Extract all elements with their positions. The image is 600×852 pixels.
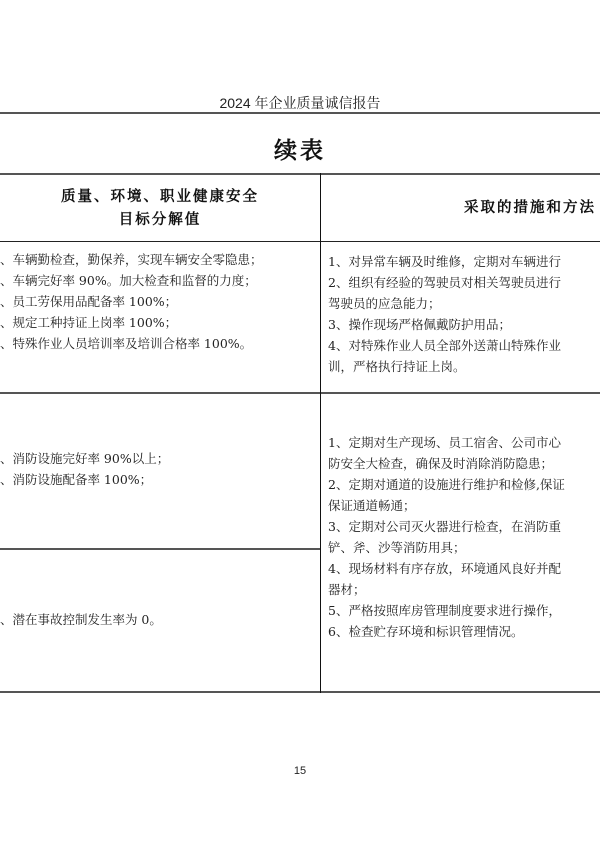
measure-item: 4、现场材料有序存放，环境通风良好并配 (328, 558, 600, 579)
measure-item: 5、严格按照库房管理制度要求进行操作， (328, 600, 600, 621)
measure-item: 2、定期对通道的设施进行维护和检修,保证 (328, 474, 600, 495)
table-top-border (0, 173, 600, 175)
measure-item: 防安全大检查，确保及时消除消防隐患； (328, 453, 600, 474)
header-bottom-border (0, 241, 600, 242)
measure-item: 驾驶员的应急能力； (328, 293, 600, 314)
running-header: 2024 年企业质量诚信报告 (0, 93, 600, 113)
measure-item: 铲、斧、沙等消防用具； (328, 537, 600, 558)
table-title: 续表 (0, 132, 600, 165)
row1-bottom-border (0, 392, 600, 394)
goal-item: 3、员工劳保用品配备率 100%； (0, 291, 318, 312)
goal-item: 2、车辆完好率 90%。加大检查和监督的力度； (0, 270, 318, 291)
goal-item: 3、潜在事故控制发生率为 0。 (0, 609, 318, 630)
left-column-header: 质量、环境、职业健康安全 目标分解值 (0, 185, 320, 231)
measure-item: 器材； (328, 579, 600, 600)
row1-goals-cell: 1、车辆勤检查，勤保养，实现车辆安全零隐患； 2、车辆完好率 90%。加大检查和… (0, 249, 318, 354)
goal-item: 1、消防设施完好率 90%以上； (0, 448, 318, 469)
measure-item: 1、定期对生产现场、员工宿舍、公司市心 (328, 432, 600, 453)
measure-item: 训，严格执行持证上岗。 (328, 356, 600, 377)
goal-item: 2、消防设施配备率 100%； (0, 469, 318, 490)
measure-item: 保证通道畅通； (328, 495, 600, 516)
header-rule (0, 112, 600, 114)
left-subrow-border (0, 548, 320, 550)
measure-item: 2、组织有经验的驾驶员对相关驾驶员进行 (328, 272, 600, 293)
right-header-text: 采取的措施和方法 (330, 196, 600, 219)
left-header-line: 质量、环境、职业健康安全 (0, 185, 320, 208)
measure-item: 3、操作现场严格佩戴防护用品； (328, 314, 600, 335)
row3-goals-cell: 3、潜在事故控制发生率为 0。 (0, 609, 318, 630)
table-bottom-border (0, 691, 600, 693)
left-header-line: 目标分解值 (0, 208, 320, 231)
row2-measures-cell: 1、定期对生产现场、员工宿舍、公司市心 防安全大检查，确保及时消除消防隐患； 2… (328, 432, 600, 642)
measure-item: 4、对特殊作业人员全部外送萧山特殊作业 (328, 335, 600, 356)
goals-measures-table: 质量、环境、职业健康安全 目标分解值 采取的措施和方法 1、车辆勤检查，勤保养，… (0, 173, 600, 693)
right-column-header: 采取的措施和方法 (330, 196, 600, 219)
goal-item: 1、车辆勤检查，勤保养，实现车辆安全零隐患； (0, 249, 318, 270)
row2-goals-cell: 1、消防设施完好率 90%以上； 2、消防设施配备率 100%； (0, 448, 318, 490)
goal-item: 4、规定工种持证上岗率 100%； (0, 312, 318, 333)
goal-item: 5、特殊作业人员培训率及培训合格率 100%。 (0, 333, 318, 354)
measure-item: 1、对异常车辆及时维修，定期对车辆进行 (328, 251, 600, 272)
row1-measures-cell: 1、对异常车辆及时维修，定期对车辆进行 2、组织有经验的驾驶员对相关驾驶员进行 … (328, 251, 600, 377)
page-number: 15 (0, 765, 600, 777)
measure-item: 6、检查贮存环境和标识管理情况。 (328, 621, 600, 642)
measure-item: 3、定期对公司灭火器进行检查，在消防重 (328, 516, 600, 537)
column-divider (320, 173, 321, 693)
